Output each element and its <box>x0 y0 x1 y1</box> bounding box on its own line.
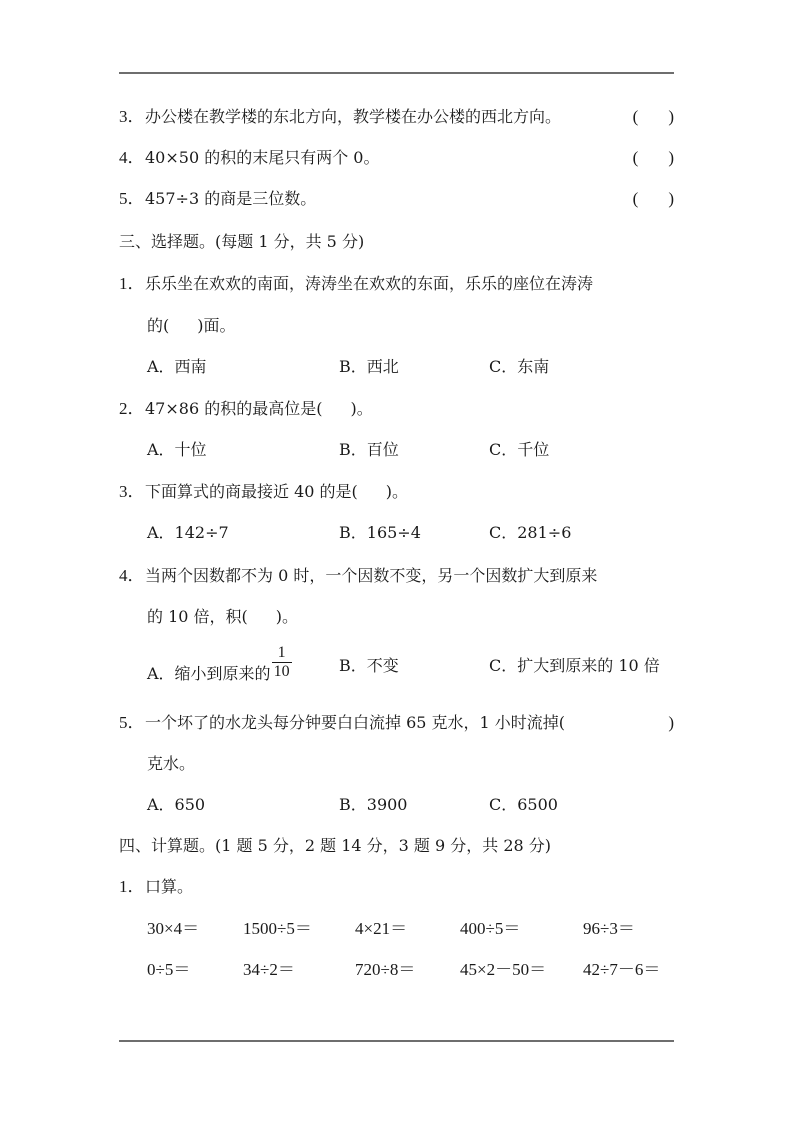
bottom-rule <box>119 1040 674 1042</box>
option-b[interactable]: B．165÷4 <box>339 523 421 543</box>
option-c[interactable]: C．东南 <box>489 357 549 377</box>
choice-q1-line2: 的()面。 <box>119 316 702 336</box>
item-text: 40×50 的积的末尾只有两个 0。 <box>145 148 379 167</box>
calc-item[interactable]: 42÷7－6＝ <box>583 960 660 980</box>
calc-item[interactable]: 0÷5＝ <box>147 960 190 980</box>
choice-q2-line1: 2．47×86 的积的最高位是()。 <box>119 399 674 419</box>
option-a[interactable]: A．142÷7 <box>147 523 229 543</box>
calc-item[interactable]: 400÷5＝ <box>460 919 520 939</box>
item-text: 457÷3 的商是三位数。 <box>145 189 316 208</box>
calc-item[interactable]: 1500÷5＝ <box>243 919 312 939</box>
answer-blank[interactable]: () <box>633 189 674 209</box>
choice-q4-line2: 的 10 倍，积()。 <box>119 607 702 627</box>
judgement-item-3: 3．办公楼在教学楼的东北方向，教学楼在办公楼的西北方向。 () <box>119 107 674 127</box>
option-c[interactable]: C．6500 <box>489 795 558 815</box>
item-number: 5． <box>119 189 145 209</box>
section-4-title: 四、计算题。(1 题 5 分，2 题 14 分，3 题 9 分，共 28 分) <box>119 836 674 856</box>
option-b[interactable]: B．西北 <box>339 357 399 377</box>
option-a[interactable]: A．西南 <box>147 357 207 377</box>
option-b[interactable]: B．3900 <box>339 795 407 815</box>
calc-item[interactable]: 30×4＝ <box>147 919 199 939</box>
option-a[interactable]: A．缩小到原来的110 <box>147 656 292 693</box>
calc-q1-label: 1．口算。 <box>119 877 674 897</box>
fraction: 110 <box>272 644 292 681</box>
calc-item[interactable]: 720÷8＝ <box>355 960 415 980</box>
judgement-item-5: 5．457÷3 的商是三位数。 () <box>119 189 674 209</box>
judgement-item-4: 4．40×50 的积的末尾只有两个 0。 () <box>119 148 674 168</box>
item-number: 3． <box>119 107 145 127</box>
choice-q3-line1: 3．下面算式的商最接近 40 的是()。 <box>119 482 674 502</box>
item-number: 4． <box>119 148 145 168</box>
answer-blank-close[interactable]: ) <box>668 713 674 733</box>
option-c[interactable]: C．千位 <box>489 440 549 460</box>
option-a[interactable]: A．650 <box>147 795 205 815</box>
calc-item[interactable]: 45×2－50＝ <box>460 960 546 980</box>
choice-q5-line1: 5．一个坏了的水龙头每分钟要白白流掉 65 克水，1 小时流掉( ) <box>119 713 674 733</box>
top-rule <box>119 72 674 74</box>
item-text: 办公楼在教学楼的东北方向，教学楼在办公楼的西北方向。 <box>145 107 561 126</box>
calc-item[interactable]: 4×21＝ <box>355 919 407 939</box>
answer-blank[interactable]: () <box>633 148 674 168</box>
calc-item[interactable]: 96÷3＝ <box>583 919 635 939</box>
calc-item[interactable]: 34÷2＝ <box>243 960 295 980</box>
section-3-title: 三、选择题。(每题 1 分，共 5 分) <box>119 232 674 252</box>
choice-q4-line1: 4．当两个因数都不为 0 时，一个因数不变，另一个因数扩大到原来 <box>119 566 674 586</box>
choice-q1-line1: 1．乐乐坐在欢欢的南面，涛涛坐在欢欢的东面，乐乐的座位在涛涛 <box>119 274 674 294</box>
option-c[interactable]: C．扩大到原来的 10 倍 <box>489 656 660 676</box>
option-b[interactable]: B．百位 <box>339 440 399 460</box>
option-c[interactable]: C．281÷6 <box>489 523 571 543</box>
choice-q5-line2: 克水。 <box>119 754 702 774</box>
option-a[interactable]: A．十位 <box>147 440 207 460</box>
option-b[interactable]: B．不变 <box>339 656 399 676</box>
answer-blank[interactable]: () <box>633 107 674 127</box>
